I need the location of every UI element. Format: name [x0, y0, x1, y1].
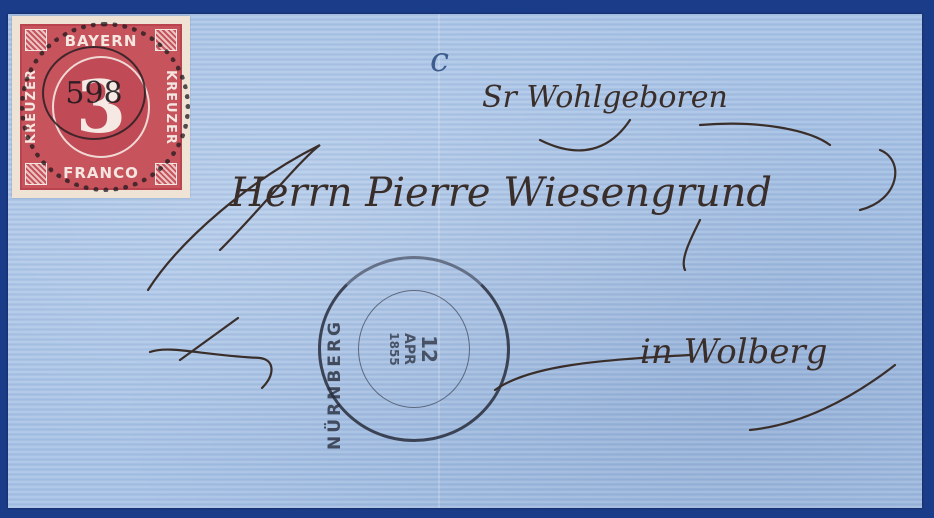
postmark-date: 12 APR 1855	[358, 290, 470, 408]
addressee-text: Herrn Pierre Wiesengrund	[230, 170, 772, 216]
salutation-text: Sr Wohlgeboren	[482, 80, 728, 115]
postmark-year: 1855	[387, 332, 401, 365]
pencil-mark: c	[430, 40, 449, 80]
postmark-day: 12	[417, 335, 441, 363]
postmark-month: APR	[401, 333, 417, 365]
destination-text: in Wolberg	[640, 332, 827, 372]
cancel-number: 598	[65, 76, 122, 111]
circular-datestamp: NÜRNBERG 12 APR 1855	[318, 256, 510, 442]
postage-stamp: BAYERN FRANCO KREUZER KREUZER 3 598	[12, 16, 190, 198]
photo-scene: BAYERN FRANCO KREUZER KREUZER 3 598 NÜRN…	[0, 0, 934, 518]
postmark-town: NÜRNBERG	[325, 319, 345, 450]
numeral-cancel: 598	[42, 46, 146, 140]
